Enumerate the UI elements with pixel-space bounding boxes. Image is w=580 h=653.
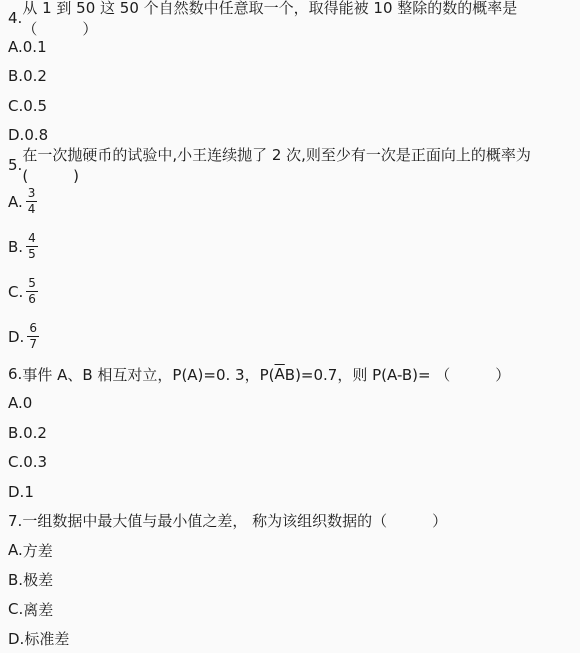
option-value: 0.8	[24, 126, 48, 144]
option-label: A.	[8, 541, 23, 559]
question-4-option-c: C.0.5	[8, 91, 574, 120]
fraction-denominator: 6	[28, 292, 36, 307]
question-6-option-d: D.1	[8, 477, 574, 506]
option-value: 标准差	[24, 628, 69, 649]
question-5-option-d: D. 6 7	[8, 314, 574, 359]
question-5-option-b: B. 4 5	[8, 224, 574, 269]
option-label: A.	[8, 394, 23, 412]
overline-a-symbol: A	[275, 365, 285, 383]
option-value: 方差	[23, 540, 53, 561]
fraction-numerator: 5	[26, 276, 38, 292]
fraction: 6 7	[27, 321, 39, 352]
option-label: C.	[8, 453, 23, 471]
question-6-text-after: B)=0.7，则 P(A-B)= （ ）	[285, 364, 511, 385]
question-4-text: 从 1 到 50 这 50 个自然数中任意取一个，取得能被 10 整除的数的概率…	[22, 0, 574, 39]
fraction-numerator: 6	[27, 321, 39, 337]
option-label: D.	[8, 126, 24, 144]
option-label: B.	[8, 67, 23, 85]
question-5-option-a: A. 3 4	[8, 179, 574, 224]
option-label: C.	[8, 600, 23, 618]
option-label: C.	[8, 97, 23, 115]
fraction: 3 4	[26, 186, 38, 217]
question-6-option-a: A.0	[8, 389, 574, 418]
question-4-option-b: B.0.2	[8, 62, 574, 91]
question-7-option-b: B.极差	[8, 565, 574, 594]
question-6-stem: 6.事件 A、B 相互对立，P(A)=0. 3，P(AB)=0.7，则 P(A-…	[8, 359, 574, 388]
option-value: 0.2	[23, 424, 47, 442]
option-value: 0.3	[23, 453, 47, 471]
question-7-text: 一组数据中最大值与最小值之差， 称为该组织数据的（ ）	[22, 510, 447, 531]
fraction-denominator: 5	[28, 247, 36, 262]
option-label: A.	[8, 193, 23, 211]
option-label: C.	[8, 283, 23, 301]
option-label: B.	[8, 571, 23, 589]
question-6-text-before: 事件 A、B 相互对立，P(A)=0. 3，P(	[22, 364, 274, 385]
question-4-stem: 4.从 1 到 50 这 50 个自然数中任意取一个，取得能被 10 整除的数的…	[8, 3, 574, 32]
question-7-option-d: D.标准差	[8, 624, 574, 653]
option-value: 0	[23, 394, 33, 412]
question-6-number: 6.	[8, 365, 22, 383]
question-5-stem: 5.在一次抛硬币的试验中,小王连续抛了 2 次,则至少有一次是正面向上的概率为(…	[8, 150, 574, 179]
option-label: D.	[8, 630, 24, 648]
question-7-number: 7.	[8, 512, 22, 530]
question-6-option-b: B.0.2	[8, 418, 574, 447]
option-value: 离差	[23, 599, 53, 620]
question-4-number: 4.	[8, 9, 22, 27]
question-5-option-c: C. 5 6	[8, 269, 574, 314]
option-label: D.	[8, 483, 24, 501]
option-value: 1	[24, 483, 34, 501]
question-5-number: 5.	[8, 156, 22, 174]
fraction: 5 6	[26, 276, 38, 307]
question-7-option-c: C.离差	[8, 594, 574, 623]
option-label: A.	[8, 38, 23, 56]
option-value: 0.2	[23, 67, 47, 85]
option-value: 极差	[23, 569, 53, 590]
fraction: 4 5	[26, 231, 38, 262]
exam-document: 4.从 1 到 50 这 50 个自然数中任意取一个，取得能被 10 整除的数的…	[0, 0, 580, 653]
question-6-option-c: C.0.3	[8, 448, 574, 477]
option-label: B.	[8, 424, 23, 442]
fraction-numerator: 3	[26, 186, 38, 202]
fraction-denominator: 4	[28, 202, 36, 217]
fraction-denominator: 7	[29, 337, 37, 352]
option-value: 0.5	[23, 97, 47, 115]
option-label: D.	[8, 328, 24, 346]
option-value: 0.1	[23, 38, 47, 56]
question-7-option-a: A.方差	[8, 536, 574, 565]
question-7-stem: 7.一组数据中最大值与最小值之差， 称为该组织数据的（ ）	[8, 506, 574, 535]
fraction-numerator: 4	[26, 231, 38, 247]
option-label: B.	[8, 238, 23, 256]
question-5-text: 在一次抛硬币的试验中,小王连续抛了 2 次,则至少有一次是正面向上的概率为( )	[22, 144, 574, 186]
